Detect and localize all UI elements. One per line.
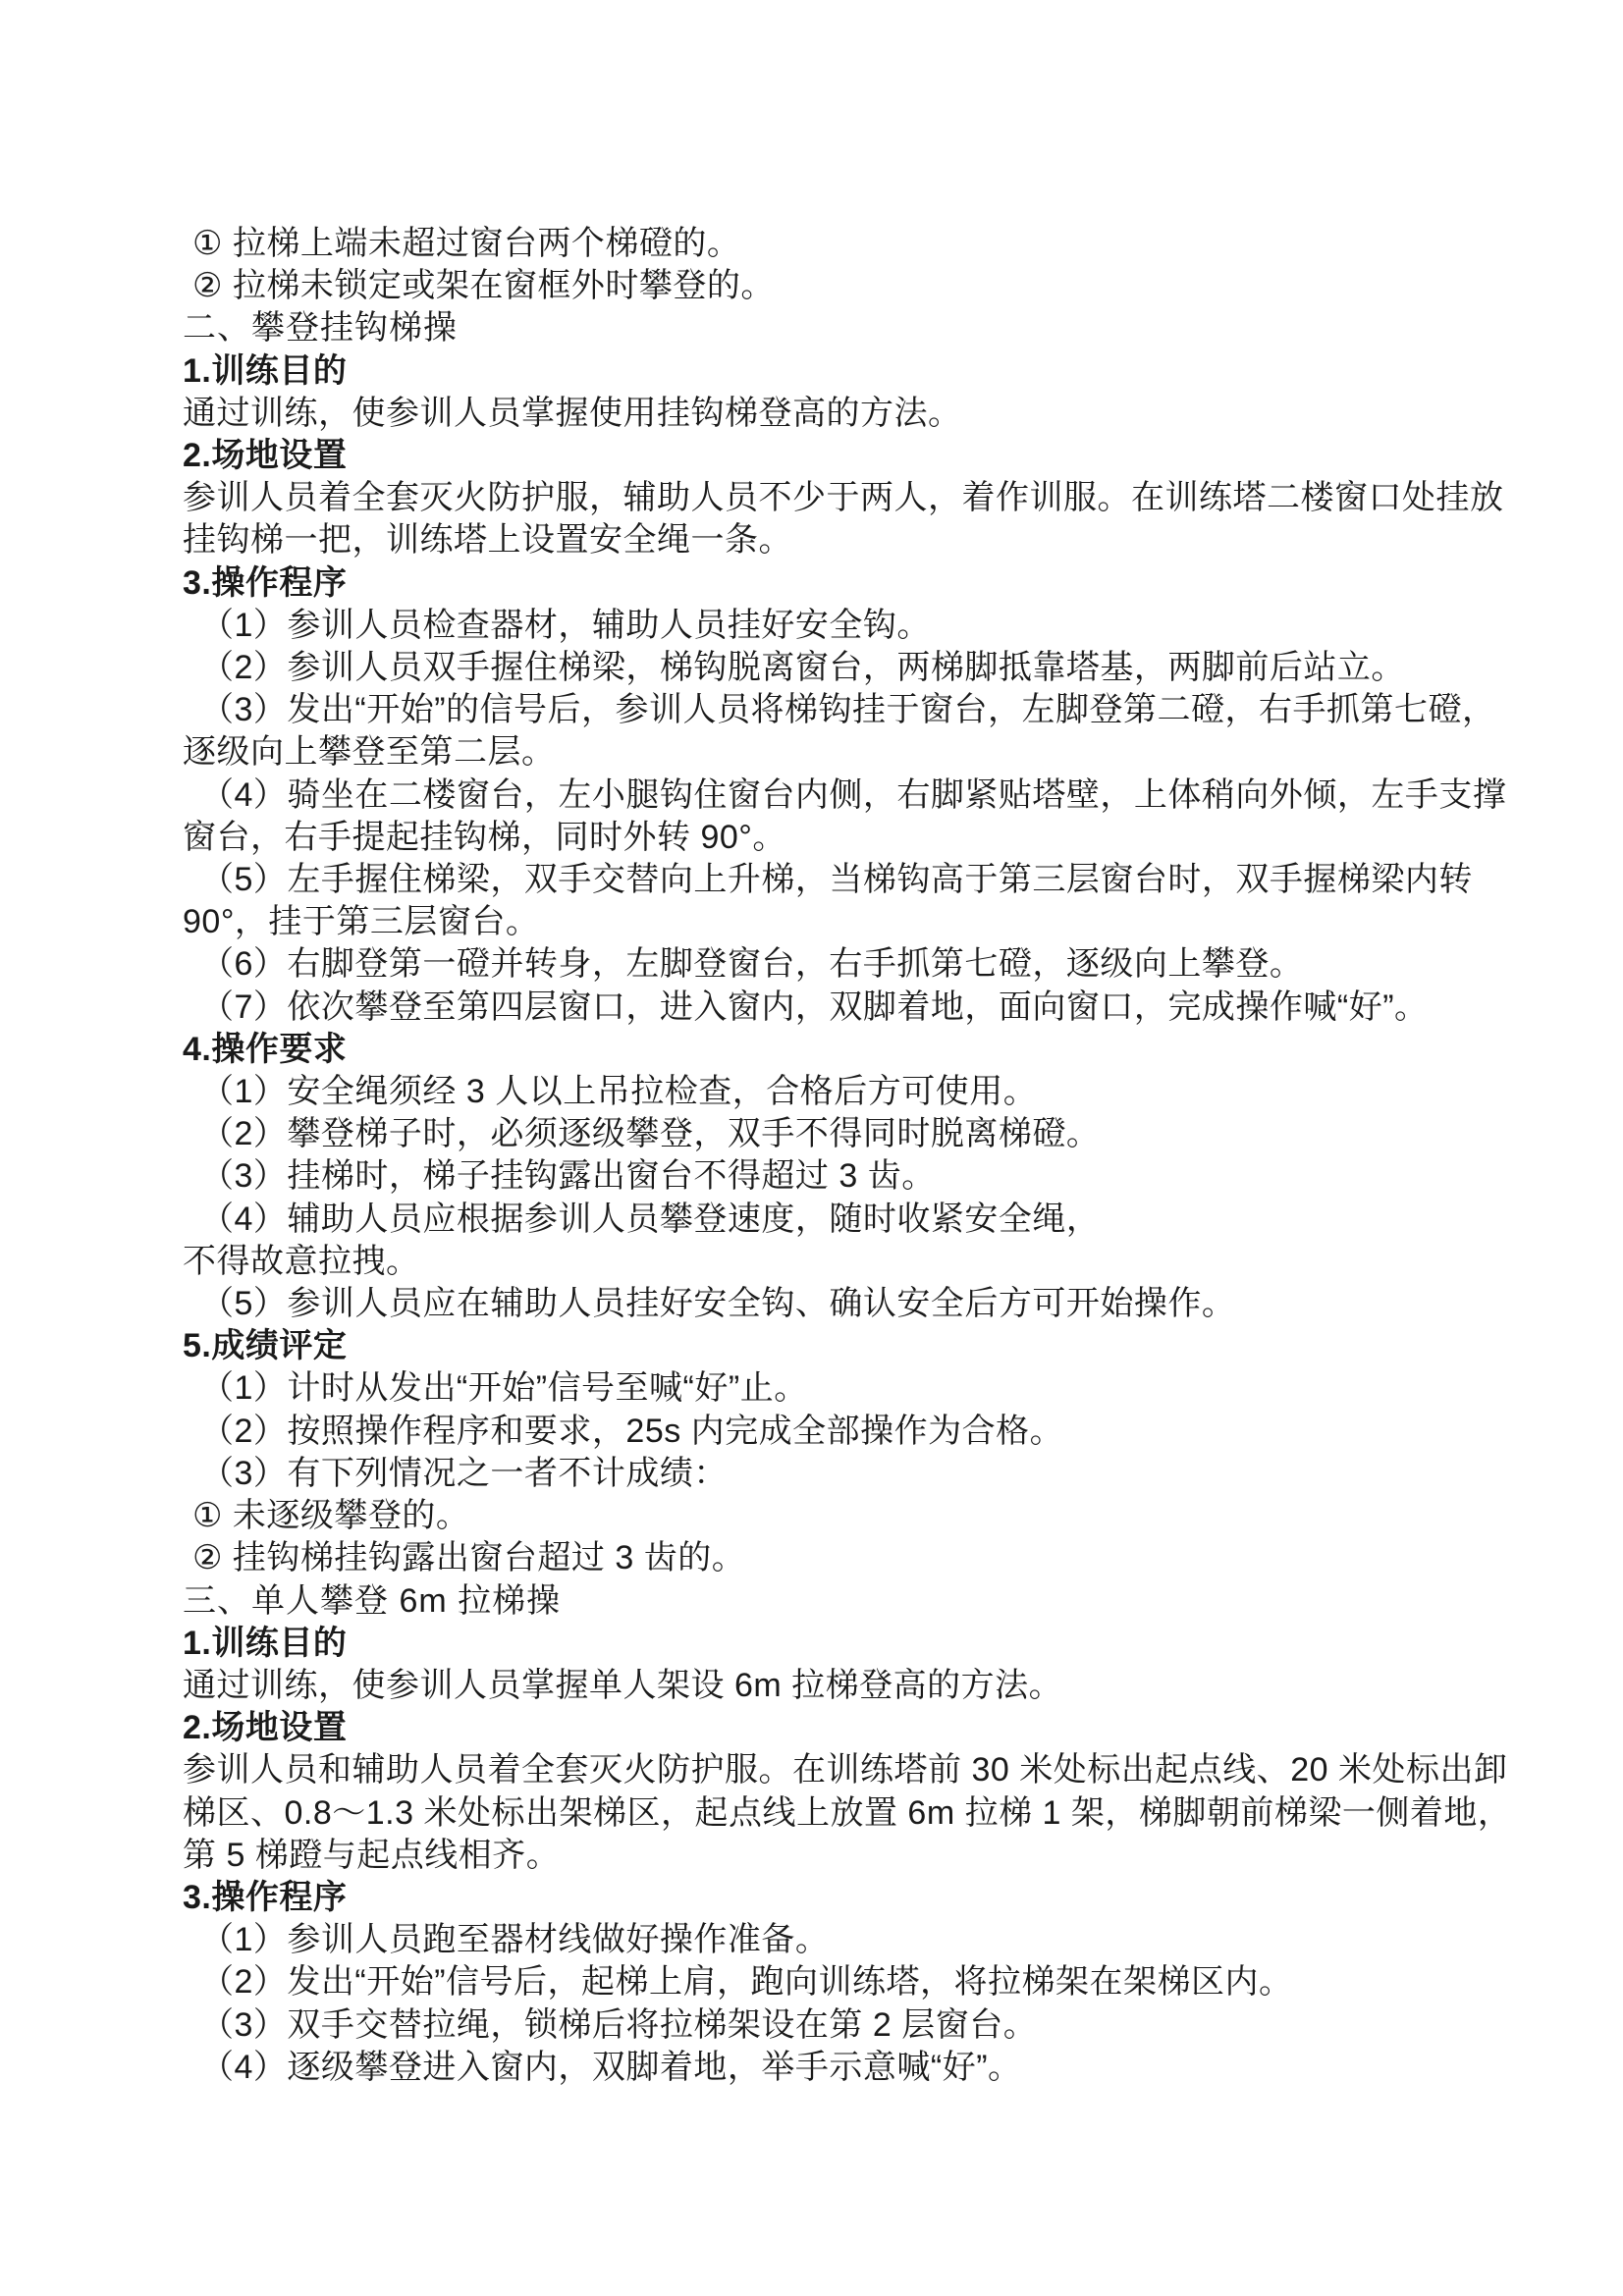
text-line: （3）发出“开始”的信号后，参训人员将梯钩挂于窗台，左脚登第二磴，右手抓第七磴， — [183, 689, 1459, 731]
text-line: （2）发出“开始”信号后，起梯上肩，跑向训练塔，将拉梯架在架梯区内。 — [183, 1961, 1459, 2003]
text-line: 90°，挂于第三层窗台。 — [183, 901, 1459, 943]
text-line: 梯区、0.8～1.3 米处标出架梯区，起点线上放置 6m 拉梯 1 架，梯脚朝前… — [183, 1792, 1459, 1835]
text-line: 二、攀登挂钩梯操 — [183, 307, 1459, 349]
text-line: （2）攀登梯子时，必须逐级攀登，双手不得同时脱离梯磴。 — [183, 1113, 1459, 1155]
text-line: （1）参训人员检查器材，辅助人员挂好安全钩。 — [183, 605, 1459, 647]
text-line: （5）参训人员应在辅助人员挂好安全钩、确认安全后方可开始操作。 — [183, 1283, 1459, 1325]
text-line: （1）参训人员跑至器材线做好操作准备。 — [183, 1919, 1459, 1961]
text-line: 窗台，右手提起挂钩梯，同时外转 90°。 — [183, 817, 1459, 859]
document-body: ① 拉梯上端未超过窗台两个梯磴的。② 拉梯未锁定或架在窗框外时攀登的。二、攀登挂… — [183, 223, 1459, 2089]
heading-line: 4.操作要求 — [183, 1029, 1459, 1071]
text-line: 通过训练，使参训人员掌握使用挂钩梯登高的方法。 — [183, 393, 1459, 435]
text-line: 三、单人攀登 6m 拉梯操 — [183, 1580, 1459, 1623]
heading-line: 1.训练目的 — [183, 1623, 1459, 1665]
text-line: 不得故意拉拽。 — [183, 1241, 1459, 1283]
text-line: 第 5 梯蹬与起点线相齐。 — [183, 1835, 1459, 1877]
text-line: ② 挂钩梯挂钩露出窗台超过 3 齿的。 — [183, 1537, 1459, 1579]
text-line: ① 未逐级攀登的。 — [183, 1495, 1459, 1537]
text-line: （1）安全绳须经 3 人以上吊拉检查，合格后方可使用。 — [183, 1071, 1459, 1113]
text-line: 通过训练，使参训人员掌握单人架设 6m 拉梯登高的方法。 — [183, 1665, 1459, 1707]
text-line: （3）有下列情况之一者不计成绩： — [183, 1453, 1459, 1495]
document-page: ① 拉梯上端未超过窗台两个梯磴的。② 拉梯未锁定或架在窗框外时攀登的。二、攀登挂… — [0, 0, 1623, 2296]
text-line: （3）双手交替拉绳，锁梯后将拉梯架设在第 2 层窗台。 — [183, 2004, 1459, 2047]
text-line: （2）按照操作程序和要求，25s 内完成全部操作为合格。 — [183, 1411, 1459, 1453]
text-line: （2）参训人员双手握住梯梁，梯钩脱离窗台，两梯脚抵靠塔基，两脚前后站立。 — [183, 647, 1459, 689]
heading-line: 1.训练目的 — [183, 350, 1459, 393]
text-line: 逐级向上攀登至第二层。 — [183, 731, 1459, 774]
text-line: （4）骑坐在二楼窗台，左小腿钩住窗台内侧，右脚紧贴塔壁，上体稍向外倾，左手支撑 — [183, 774, 1459, 817]
heading-line: 5.成绩评定 — [183, 1325, 1459, 1367]
text-line: （1）计时从发出“开始”信号至喊“好”止。 — [183, 1367, 1459, 1410]
text-line: ② 拉梯未锁定或架在窗框外时攀登的。 — [183, 265, 1459, 307]
heading-line: 2.场地设置 — [183, 1707, 1459, 1749]
text-line: （4）辅助人员应根据参训人员攀登速度，随时收紧安全绳， — [183, 1199, 1459, 1241]
text-line: （4）逐级攀登进入窗内，双脚着地，举手示意喊“好”。 — [183, 2047, 1459, 2089]
text-line: （3）挂梯时，梯子挂钩露出窗台不得超过 3 齿。 — [183, 1155, 1459, 1198]
text-line: ① 拉梯上端未超过窗台两个梯磴的。 — [183, 223, 1459, 265]
heading-line: 2.场地设置 — [183, 435, 1459, 477]
text-line: （7）依次攀登至第四层窗口，进入窗内，双脚着地，面向窗口，完成操作喊“好”。 — [183, 987, 1459, 1029]
text-line: （5）左手握住梯梁，双手交替向上升梯，当梯钩高于第三层窗台时，双手握梯梁内转 — [183, 859, 1459, 901]
text-line: 参训人员和辅助人员着全套灭火防护服。在训练塔前 30 米处标出起点线、20 米处… — [183, 1749, 1459, 1791]
text-line: （6）右脚登第一磴并转身，左脚登窗台，右手抓第七磴，逐级向上攀登。 — [183, 943, 1459, 986]
text-line: 参训人员着全套灭火防护服，辅助人员不少于两人，着作训服。在训练塔二楼窗口处挂放 — [183, 477, 1459, 519]
heading-line: 3.操作程序 — [183, 562, 1459, 605]
heading-line: 3.操作程序 — [183, 1877, 1459, 1919]
text-line: 挂钩梯一把，训练塔上设置安全绳一条。 — [183, 519, 1459, 561]
